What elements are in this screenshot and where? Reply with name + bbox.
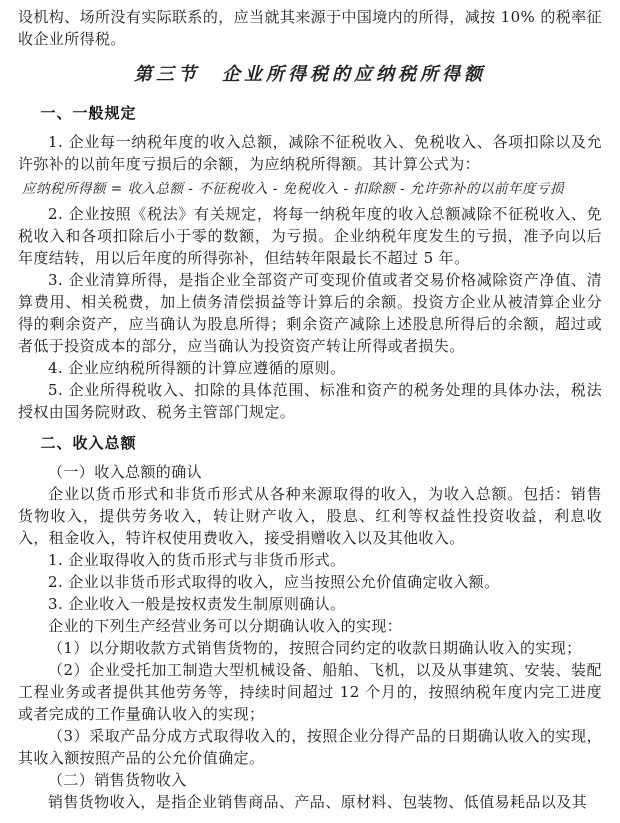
paragraph-item-3: 3. 企业清算所得，是指企业全部资产可变现价值或者交易价格减除资产净值、清算费用…: [18, 269, 602, 357]
paragraph-item-4: 4. 企业应纳税所得额的计算应遵循的原则。: [18, 357, 602, 379]
sub-heading-revenue-confirmation: （一）收入总额的确认: [18, 461, 602, 483]
document-page: 设机构、场所没有实际联系的，应当就其来源于中国境内的所得，减按 10% 的税率征…: [0, 0, 620, 823]
sub-heading-goods-sales-revenue: （二）销售货物收入: [18, 769, 602, 791]
taxable-income-formula: 应纳税所得额 = 收入总额 - 不征税收入 - 免税收入 - 扣除额 - 允许弥…: [18, 179, 602, 199]
section-title: 第三节 企业所得税的应纳税所得额: [18, 62, 602, 88]
heading-general-rules: 一、一般规定: [18, 102, 602, 124]
paragraph-item-2: 2. 企业按照《税法》有关规定，将每一纳税年度的收入总额减除不征税收入、免税收入…: [18, 203, 602, 269]
paragraph-installment-2: （2）企业受托加工制造大型机械设备、船舶、飞机，以及从事建筑、安装、装配工程业务…: [18, 659, 602, 725]
paragraph-goods-sales-cutoff: 销售货物收入，是指企业销售商品、产品、原材料、包装物、低值易耗品以及其: [18, 791, 602, 813]
paragraph-monetary-forms: 1. 企业取得收入的货币形式与非货币形式。: [18, 549, 602, 571]
paragraph-continuation: 设机构、场所没有实际联系的，应当就其来源于中国境内的所得，减按 10% 的税率征…: [18, 6, 602, 50]
paragraph-accrual-principle: 3. 企业收入一般是按权责发生制原则确认。: [18, 593, 602, 615]
heading-total-revenue: 二、收入总额: [18, 432, 602, 454]
paragraph-installment-1: （1）以分期收款方式销售货物的，按照合同约定的收款日期确认收入的实现；: [18, 637, 602, 659]
paragraph-installment-3: （3）采取产品分成方式取得收入的，按照企业分得产品的日期确认收入的实现，其收入额…: [18, 725, 602, 769]
paragraph-item-5: 5. 企业所得税收入、扣除的具体范围、标准和资产的税务处理的具体办法，税法授权由…: [18, 379, 602, 423]
paragraph-revenue-definition: 企业以货币形式和非货币形式从各种来源取得的收入，为收入总额。包括：销售货物收入，…: [18, 483, 602, 549]
paragraph-item-1: 1. 企业每一纳税年度的收入总额，减除不征税收入、免税收入、各项扣除以及允许弥补…: [18, 131, 602, 175]
paragraph-installment-intro: 企业的下列生产经营业务可以分期确认收入的实现：: [18, 615, 602, 637]
paragraph-nonmonetary-income: 2. 企业以非货币形式取得的收入，应当按照公允价值确定收入额。: [18, 571, 602, 593]
